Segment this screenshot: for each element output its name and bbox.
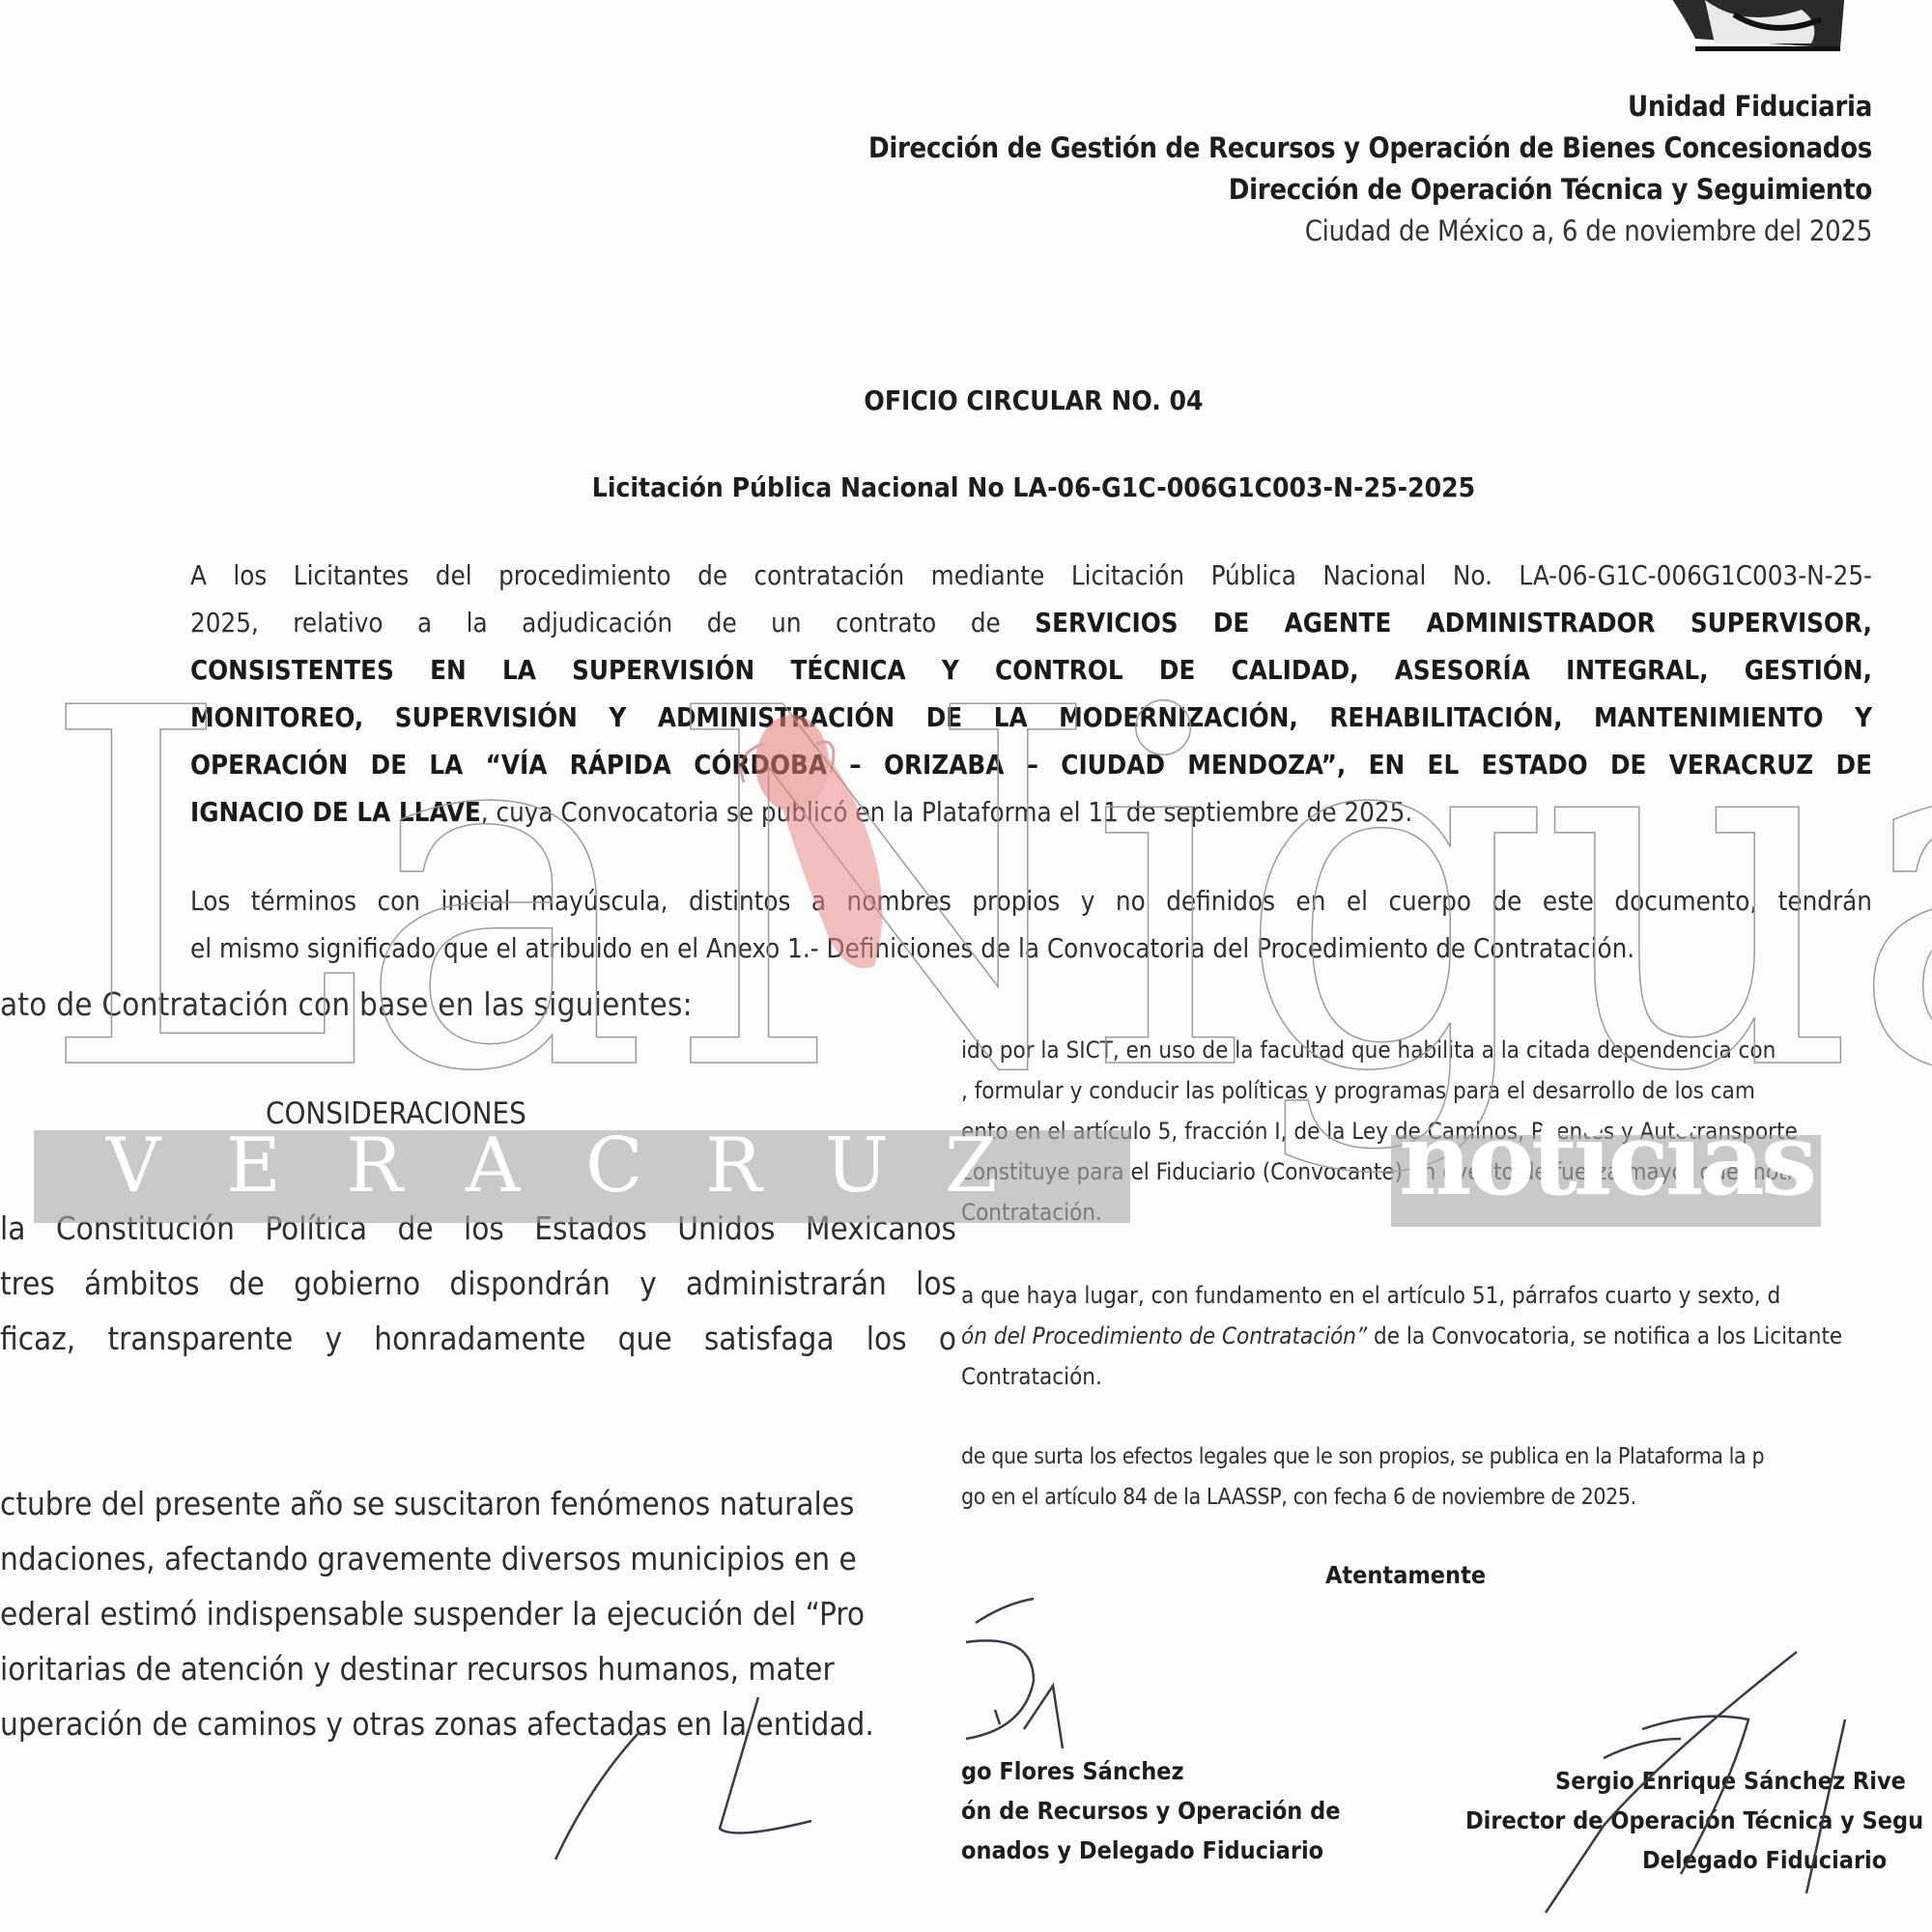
signatory-name: go Flores Sánchez: [961, 1751, 1340, 1791]
paragraph-1-line: A los Licitantes del procedimiento de co…: [190, 553, 1872, 600]
left-line: ndaciones, afectando gravemente diversos…: [0, 1531, 961, 1586]
left-line: tres ámbitos de gobierno dispondrán y ad…: [0, 1256, 956, 1311]
left-line: ederal estimó indispensable suspender la…: [0, 1586, 961, 1641]
paragraph-2-line: el mismo significado que el atribuido en…: [190, 925, 1872, 973]
paragraph-2: Los términos con inicial mayúscula, dist…: [190, 878, 1872, 973]
text-run-bold: IGNACIO DE LA LLAVE: [190, 797, 481, 828]
right-line: ón del Procedimiento de Contratación” de…: [961, 1316, 1932, 1356]
document-subtitle: Licitación Pública Nacional No LA-06-G1C…: [0, 471, 1932, 503]
signatory-title: Director de Operación Técnica y Segu: [1465, 1801, 1932, 1840]
faded-header-text: [188, 0, 1154, 6]
signatory-title: onados y Delegado Fiduciario: [961, 1831, 1340, 1870]
left-line: uperación de caminos y otras zonas afect…: [0, 1696, 961, 1751]
paragraph-1: A los Licitantes del procedimiento de co…: [190, 553, 1872, 837]
text-run-italic: ón del Procedimiento de Contratación”: [961, 1322, 1367, 1350]
text-run-bold: SERVICIOS DE AGENTE ADMINISTRADOR SUPERV…: [1035, 608, 1872, 639]
paragraph-2-line: Los términos con inicial mayúscula, dist…: [190, 878, 1872, 925]
direction-1: Dirección de Gestión de Recursos y Opera…: [868, 131, 1872, 164]
signatory-name: Sergio Enrique Sánchez Rive: [1468, 1761, 1932, 1801]
text-run: de la Convocatoria, se notifica a los Li…: [1367, 1322, 1842, 1350]
right-line: go en el artículo 84 de la LAASSP, con f…: [961, 1477, 1932, 1518]
watermark-tag-text: noticias: [1399, 1099, 1813, 1218]
left-line: ficaz, transparente y honradamente que s…: [0, 1311, 956, 1366]
right-block-3: de que surta los efectos legales que le …: [961, 1436, 1932, 1518]
right-line: ido por la SICT, en uso de la facultad q…: [961, 1030, 1932, 1070]
right-block-2: a que haya lugar, con fundamento en el a…: [961, 1275, 1932, 1397]
left-block-1: la Constitución Política de los Estados …: [0, 1201, 961, 1366]
unit-name: Unidad Fiduciaria: [1628, 90, 1872, 123]
signatory-title: ón de Recursos y Operación de: [961, 1791, 1340, 1831]
paragraph-1-line: CONSISTENTES EN LA SUPERVISIÓN TÉCNICA Y…: [190, 647, 1872, 695]
document-title: OFICIO CIRCULAR NO. 04: [0, 384, 1932, 416]
left-block-2: ctubre del presente año se suscitaron fe…: [0, 1476, 961, 1751]
signatory-title: Delegado Fiduciario: [1468, 1840, 1932, 1880]
text-run: 2025, relativo a la adjudicación de un c…: [190, 608, 1035, 639]
signatory-1: go Flores Sánchez ón de Recursos y Opera…: [961, 1751, 1340, 1870]
place-date: Ciudad de México a, 6 de noviembre del 2…: [1305, 214, 1872, 247]
left-intro-fragment: ato de Contratación con base en las sigu…: [0, 985, 693, 1023]
closing-text: Atentamente: [1325, 1561, 1486, 1589]
paragraph-1-line: 2025, relativo a la adjudicación de un c…: [190, 600, 1872, 647]
direction-2: Dirección de Operación Técnica y Seguimi…: [1229, 173, 1872, 206]
watermark-region-text: VERACRUZ: [106, 1122, 1065, 1209]
text-run: , cuya Convocatoria se publicó en la Pla…: [481, 797, 1412, 828]
paragraph-1-line: IGNACIO DE LA LLAVE, cuya Convocatoria s…: [190, 789, 1872, 837]
right-line: Contratación.: [961, 1356, 1932, 1397]
left-line: ioritarias de atención y destinar recurs…: [0, 1641, 961, 1696]
signatory-2: Sergio Enrique Sánchez Rive Director de …: [1468, 1761, 1932, 1880]
left-line: ctubre del presente año se suscitaron fe…: [0, 1476, 961, 1531]
paragraph-1-line: MONITOREO, SUPERVISIÓN Y ADMINISTRACIÓN …: [190, 695, 1872, 742]
official-seal-icon: [1657, 0, 1850, 60]
paragraph-1-line: OPERACIÓN DE LA “VÍA RÁPIDA CÓRDOBA – OR…: [190, 742, 1872, 789]
right-line: a que haya lugar, con fundamento en el a…: [961, 1275, 1932, 1316]
right-line: de que surta los efectos legales que le …: [961, 1436, 1932, 1477]
